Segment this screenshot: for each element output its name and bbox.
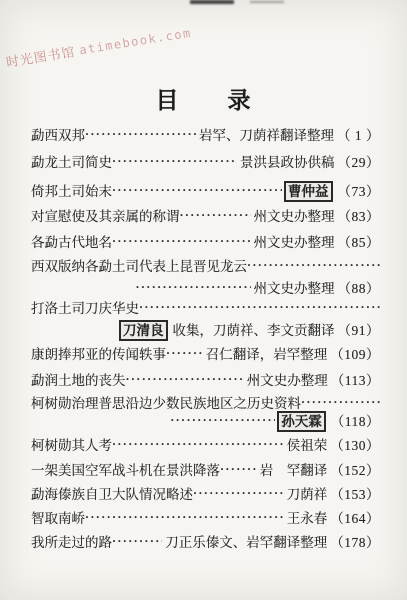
entry-page: （85） (338, 234, 381, 251)
entry-author: 州文史办整理 (247, 372, 328, 389)
entry-title: 勐西双邦 (31, 127, 85, 144)
entry-page: （178） (330, 534, 380, 551)
dot-leader (180, 206, 251, 224)
boxed-author: 孙天霖 (277, 411, 326, 432)
entry-title: 对宣慰使及其亲属的称谓 (31, 208, 180, 225)
entry-title: 各勐古代地名 (31, 234, 112, 251)
dot-leader (247, 256, 380, 274)
toc-entry-line: 我所走过的路刀正乐傣文、岩罕翻译整理（178） (31, 534, 380, 552)
entry-title: 智取南峤 (31, 510, 85, 527)
entry-author: 州文史办整理 (254, 208, 335, 225)
toc-entry-line: 一架美国空军战斗机在景洪降落岩 罕翻译（152） (31, 462, 380, 480)
toc-entry-line: 康朗捧邦亚的传闻轶事召仁翻译，岩罕整理（109） (31, 346, 380, 364)
toc-entry-line: 刀清良收集，刀荫祥、李文贡翻译（91） (31, 320, 380, 341)
dot-leader (166, 344, 203, 362)
toc-entry-line: 孙天霖（118） (31, 411, 380, 432)
entry-page: （73） (338, 183, 381, 200)
entry-author: 刀正乐傣文、岩罕翻译整理 (165, 534, 327, 551)
dot-leader (112, 532, 162, 550)
entry-author: 景洪县政协供稿 (240, 154, 335, 171)
dot-leader (139, 298, 380, 316)
boxed-author: 刀清良 (119, 320, 168, 341)
dot-leader (193, 484, 284, 502)
dot-leader (126, 370, 244, 388)
entry-author: 王永春 (287, 510, 328, 527)
dot-leader (112, 232, 251, 250)
entry-page: （130） (330, 437, 380, 454)
toc-entry-line: 州文史办整理（88） (31, 280, 380, 298)
toc-entry-line: 勐西双邦岩罕、刀荫祥翻译整理（ 1 ） (31, 127, 380, 145)
entry-page: （113） (331, 372, 380, 389)
toc-entry-line: 勐润土地的丧失州文史办整理（113） (31, 372, 380, 390)
dot-leader (301, 393, 380, 411)
dot-leader (136, 278, 251, 296)
entry-title: 柯树勋其人考 (31, 437, 112, 454)
entry-title: 一架美国空军战斗机在景洪降落 (31, 462, 220, 479)
entry-title: 倚邦土司始末 (31, 183, 112, 200)
entry-page: （153） (330, 486, 380, 503)
toc-entry-line: 对宣慰使及其亲属的称谓州文史办整理（83） (31, 208, 380, 226)
dot-leader (220, 460, 257, 478)
dot-leader (112, 435, 284, 453)
dot-leader (170, 411, 275, 429)
entry-title: 勐润土地的丧失 (31, 372, 126, 389)
entry-title: 勐龙土司简史 (31, 154, 112, 171)
entry-author: 刀荫祥 (287, 486, 328, 503)
entry-title: 柯树勋治理普思沿边少数民族地区之历史资料 (31, 395, 301, 412)
entry-title: 西双版纳各勐土司代表上昆晋见龙云 (31, 258, 247, 275)
entry-author: 召仁翻译，岩罕整理 (206, 346, 328, 363)
toc-list: 勐西双邦岩罕、刀荫祥翻译整理（ 1 ）勐龙土司简史景洪县政协供稿（29）倚邦土司… (31, 0, 380, 600)
toc-entry-line: 勐海傣族自卫大队情况略述刀荫祥（153） (31, 486, 380, 504)
toc-entry-line: 智取南峤王永春（164） (31, 510, 380, 528)
entry-title: 我所走过的路 (31, 534, 112, 551)
entry-page: （118） (331, 413, 380, 430)
toc-entry-line: 各勐古代地名州文史办整理（85） (31, 234, 380, 252)
entry-title: 打洛土司刀庆华史 (31, 300, 139, 317)
entry-page: （91） (338, 322, 381, 339)
entry-page: （29） (338, 154, 381, 171)
entry-page: （83） (338, 208, 381, 225)
scanned-book-page: 时光图书馆 atimebook.com 目 录 勐西双邦岩罕、刀荫祥翻译整理（ … (0, 0, 407, 600)
toc-entry-line: 勐龙土司简史景洪县政协供稿（29） (31, 154, 380, 172)
boxed-author: 曹仲益 (284, 181, 333, 202)
entry-page: （152） (330, 462, 380, 479)
entry-title: 康朗捧邦亚的传闻轶事 (31, 346, 166, 363)
toc-entry-line: 打洛土司刀庆华史 (31, 300, 380, 318)
entry-author: 岩罕、刀荫祥翻译整理 (199, 127, 334, 144)
entry-author: 侯祖荣 (287, 437, 328, 454)
entry-page: （ 1 ） (337, 127, 380, 144)
toc-entry-line: 柯树勋其人考侯祖荣（130） (31, 437, 380, 455)
entry-author: 收集，刀荫祥、李文贡翻译 (173, 322, 335, 339)
entry-page: （109） (330, 346, 380, 363)
entry-author: 州文史办整理 (254, 234, 335, 251)
entry-page: （164） (330, 510, 380, 527)
entry-title: 勐海傣族自卫大队情况略述 (31, 486, 193, 503)
entry-page: （88） (338, 280, 381, 297)
toc-entry-line: 倚邦土司始末曹仲益（73） (31, 181, 380, 202)
dot-leader (112, 152, 237, 170)
entry-author: 岩 罕翻译 (260, 462, 328, 479)
dot-leader (112, 181, 282, 199)
entry-author: 州文史办整理 (254, 280, 335, 297)
dot-leader (85, 508, 284, 526)
dot-leader (85, 125, 196, 143)
toc-entry-line: 西双版纳各勐土司代表上昆晋见龙云 (31, 258, 380, 276)
